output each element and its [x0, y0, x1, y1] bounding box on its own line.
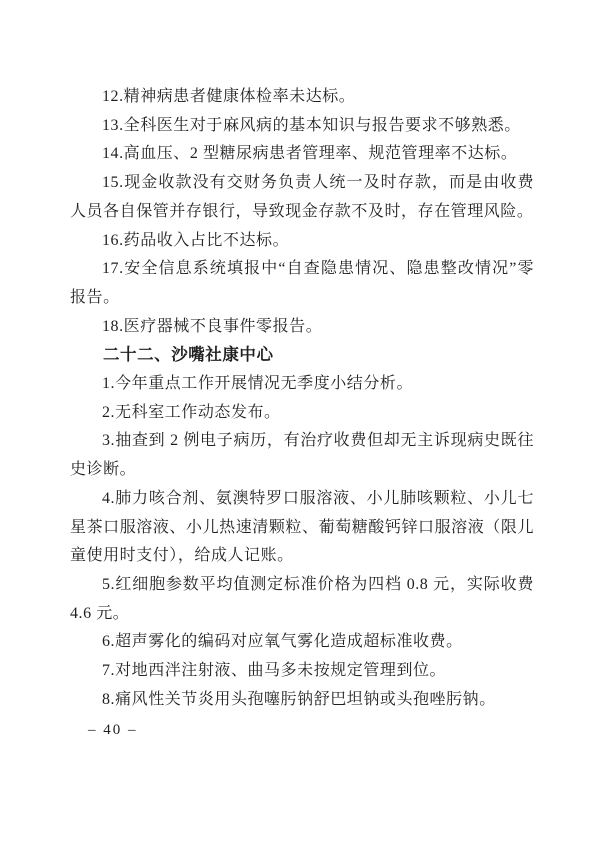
list-item-5: 5.红细胞参数平均值测定标准价格为四档 0.8 元，实际收费 4.6 元。 — [70, 571, 534, 628]
page-number: – 40 – — [88, 716, 138, 744]
list-item-8: 8.痛风性关节炎用头孢噻肟钠舒巴坦钠或头孢唑肟钠。 — [70, 686, 534, 715]
list-item-18: 18.医疗器械不良事件零报告。 — [70, 313, 534, 342]
list-item-13: 13.全科医生对于麻风病的基本知识与报告要求不够熟悉。 — [70, 112, 534, 141]
list-item-12: 12.精神病患者健康体检率未达标。 — [70, 83, 534, 112]
document-body: 12.精神病患者健康体检率未达标。 13.全科医生对于麻风病的基本知识与报告要求… — [70, 83, 534, 714]
section-heading: 二十二、沙嘴社康中心 — [70, 341, 534, 370]
list-item-6: 6.超声雾化的编码对应氧气雾化造成超标准收费。 — [70, 628, 534, 657]
list-item-2: 2.无科室工作动态发布。 — [70, 399, 534, 428]
list-item-17: 17.安全信息系统填报中“自查隐患情况、隐患整改情况”零报告。 — [70, 255, 534, 312]
list-item-3: 3.抽查到 2 例电子病历，有治疗收费但却无主诉现病史既往史诊断。 — [70, 427, 534, 484]
list-item-14: 14.高血压、2 型糖尿病患者管理率、规范管理率不达标。 — [70, 140, 534, 169]
document-page: 12.精神病患者健康体检率未达标。 13.全科医生对于麻风病的基本知识与报告要求… — [0, 0, 600, 850]
list-item-4: 4.肺力咳合剂、氨澳特罗口服溶液、小儿肺咳颗粒、小儿七星茶口服溶液、小儿热速清颗… — [70, 485, 534, 571]
list-item-7: 7.对地西泮注射液、曲马多未按规定管理到位。 — [70, 657, 534, 686]
list-item-15: 15.现金收款没有交财务负责人统一及时存款，而是由收费人员各自保管并存银行，导致… — [70, 169, 534, 226]
list-item-1: 1.今年重点工作开展情况无季度小结分析。 — [70, 370, 534, 399]
list-item-16: 16.药品收入占比不达标。 — [70, 227, 534, 256]
